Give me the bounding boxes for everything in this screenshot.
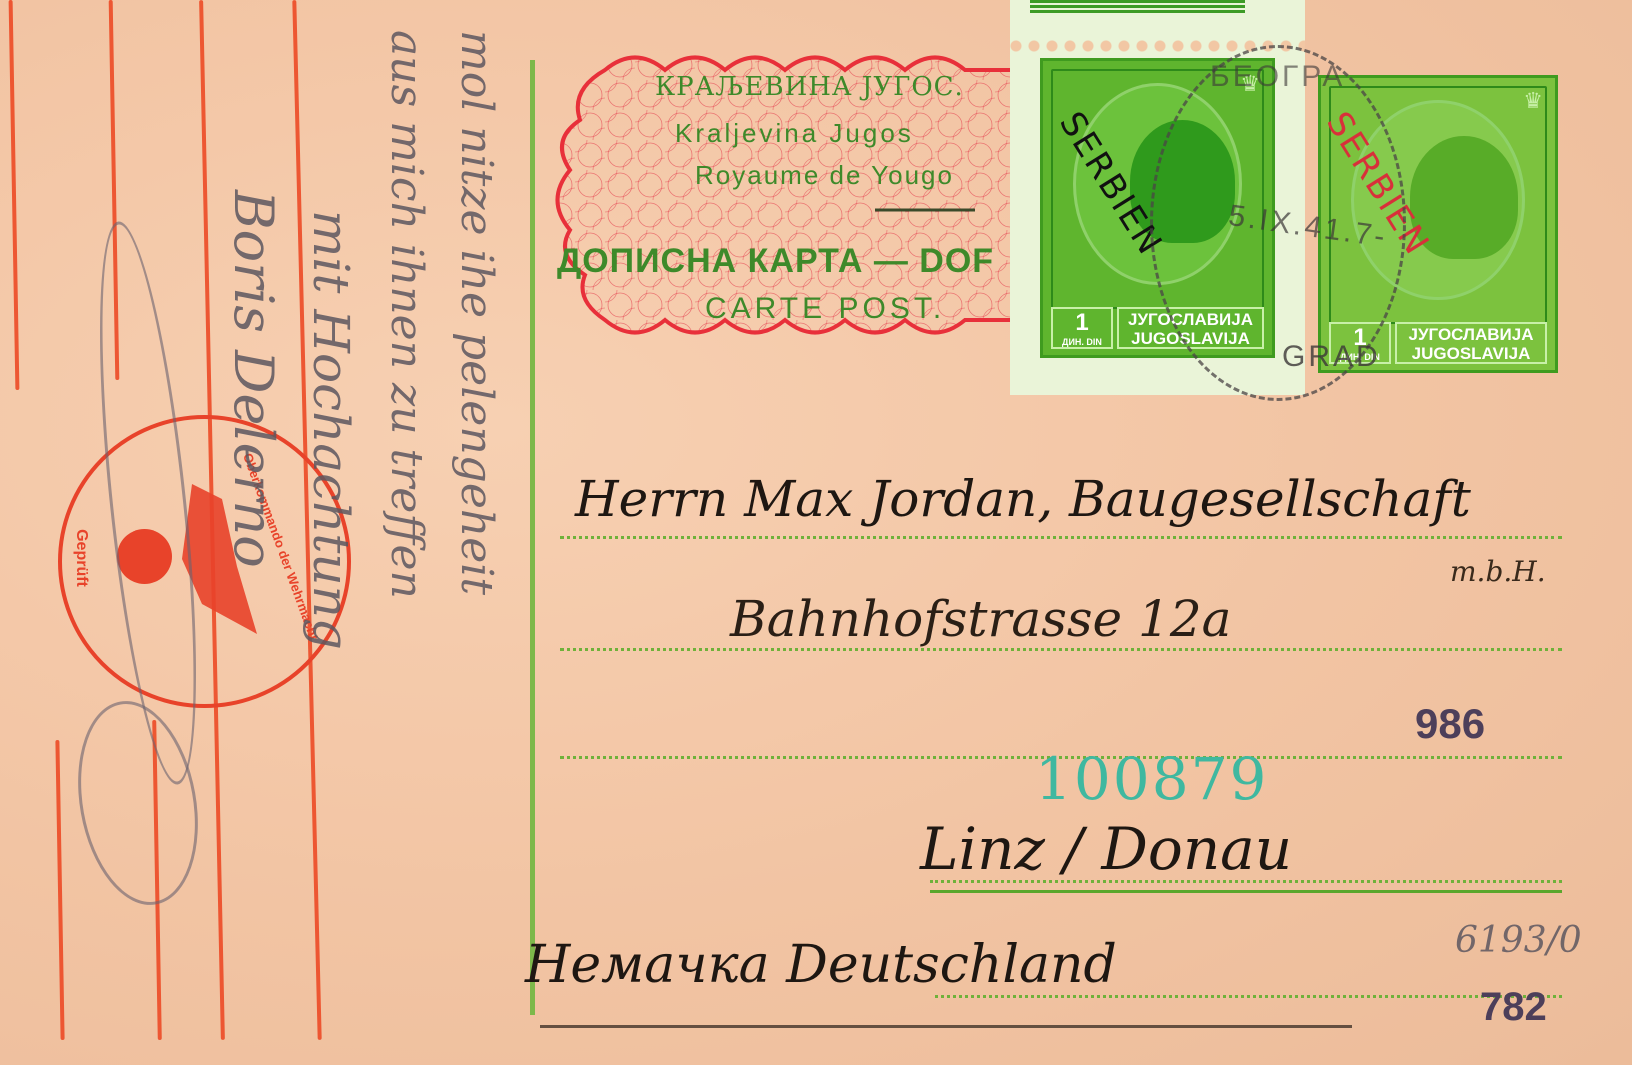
selvage-bar	[1030, 0, 1245, 14]
pencil-message-line: mol nitze ihe pelengeheit	[451, 30, 502, 595]
address-recipient: Herrn Max Jordan, Baugesellschaft	[575, 470, 1471, 528]
number-986: 986	[1415, 700, 1485, 748]
crown-icon: ♛	[1523, 88, 1543, 114]
printed-indicium: КРАЉЕВИНА ЈУГОС. Kraljevina Jugos Royaum…	[545, 50, 1015, 340]
card-title-cyrillic: ДОПИСНА КАРТА — DOF	[557, 242, 994, 281]
card-divider	[530, 60, 535, 1015]
censor-text-left: Geprüft	[72, 529, 90, 587]
address-company-suffix: m.b.H.	[1450, 555, 1546, 588]
stamp-value: 1ДИН. DIN	[1051, 307, 1113, 349]
country-underline	[540, 1025, 1352, 1028]
indicium-line-cyrillic: КРАЉЕВИНА ЈУГОС.	[655, 72, 964, 102]
red-rule	[55, 740, 64, 1040]
pencil-message-line: mit Hochachtung	[302, 210, 360, 650]
postmark-bottom: GRAD	[1282, 340, 1381, 374]
pencil-message-line: aus mich ihnen zu treffen	[381, 30, 432, 599]
address-country: Немачка Deutschland	[525, 935, 1117, 995]
number-782: 782	[1480, 985, 1547, 1030]
postcard: КРАЉЕВИНА ЈУГОС. Kraljevina Jugos Royaum…	[0, 0, 1632, 1065]
indicium-line-latin: Kraljevina Jugos	[675, 118, 914, 149]
address-line	[560, 648, 1562, 651]
postmark-top: БЕОГРА	[1210, 60, 1345, 94]
address-city: Linz / Donau	[920, 815, 1292, 883]
address-line	[560, 536, 1562, 539]
pencil-note: 6193/0	[1455, 920, 1582, 961]
pencil-signature: Boris Delerno	[222, 190, 285, 568]
address-street: Bahnhofstrasse 12a	[730, 590, 1231, 648]
indicium-line-french: Royaume de Yougo	[695, 160, 954, 191]
stamp-country: ЈУГОСЛАВИЈАJUGOSLAVIJA	[1395, 322, 1547, 364]
registration-number: 100879	[1035, 745, 1268, 813]
card-title-french: CARTE POST.	[705, 292, 945, 326]
address-line	[930, 890, 1562, 893]
address-line	[935, 995, 1562, 998]
red-rule	[9, 0, 20, 390]
